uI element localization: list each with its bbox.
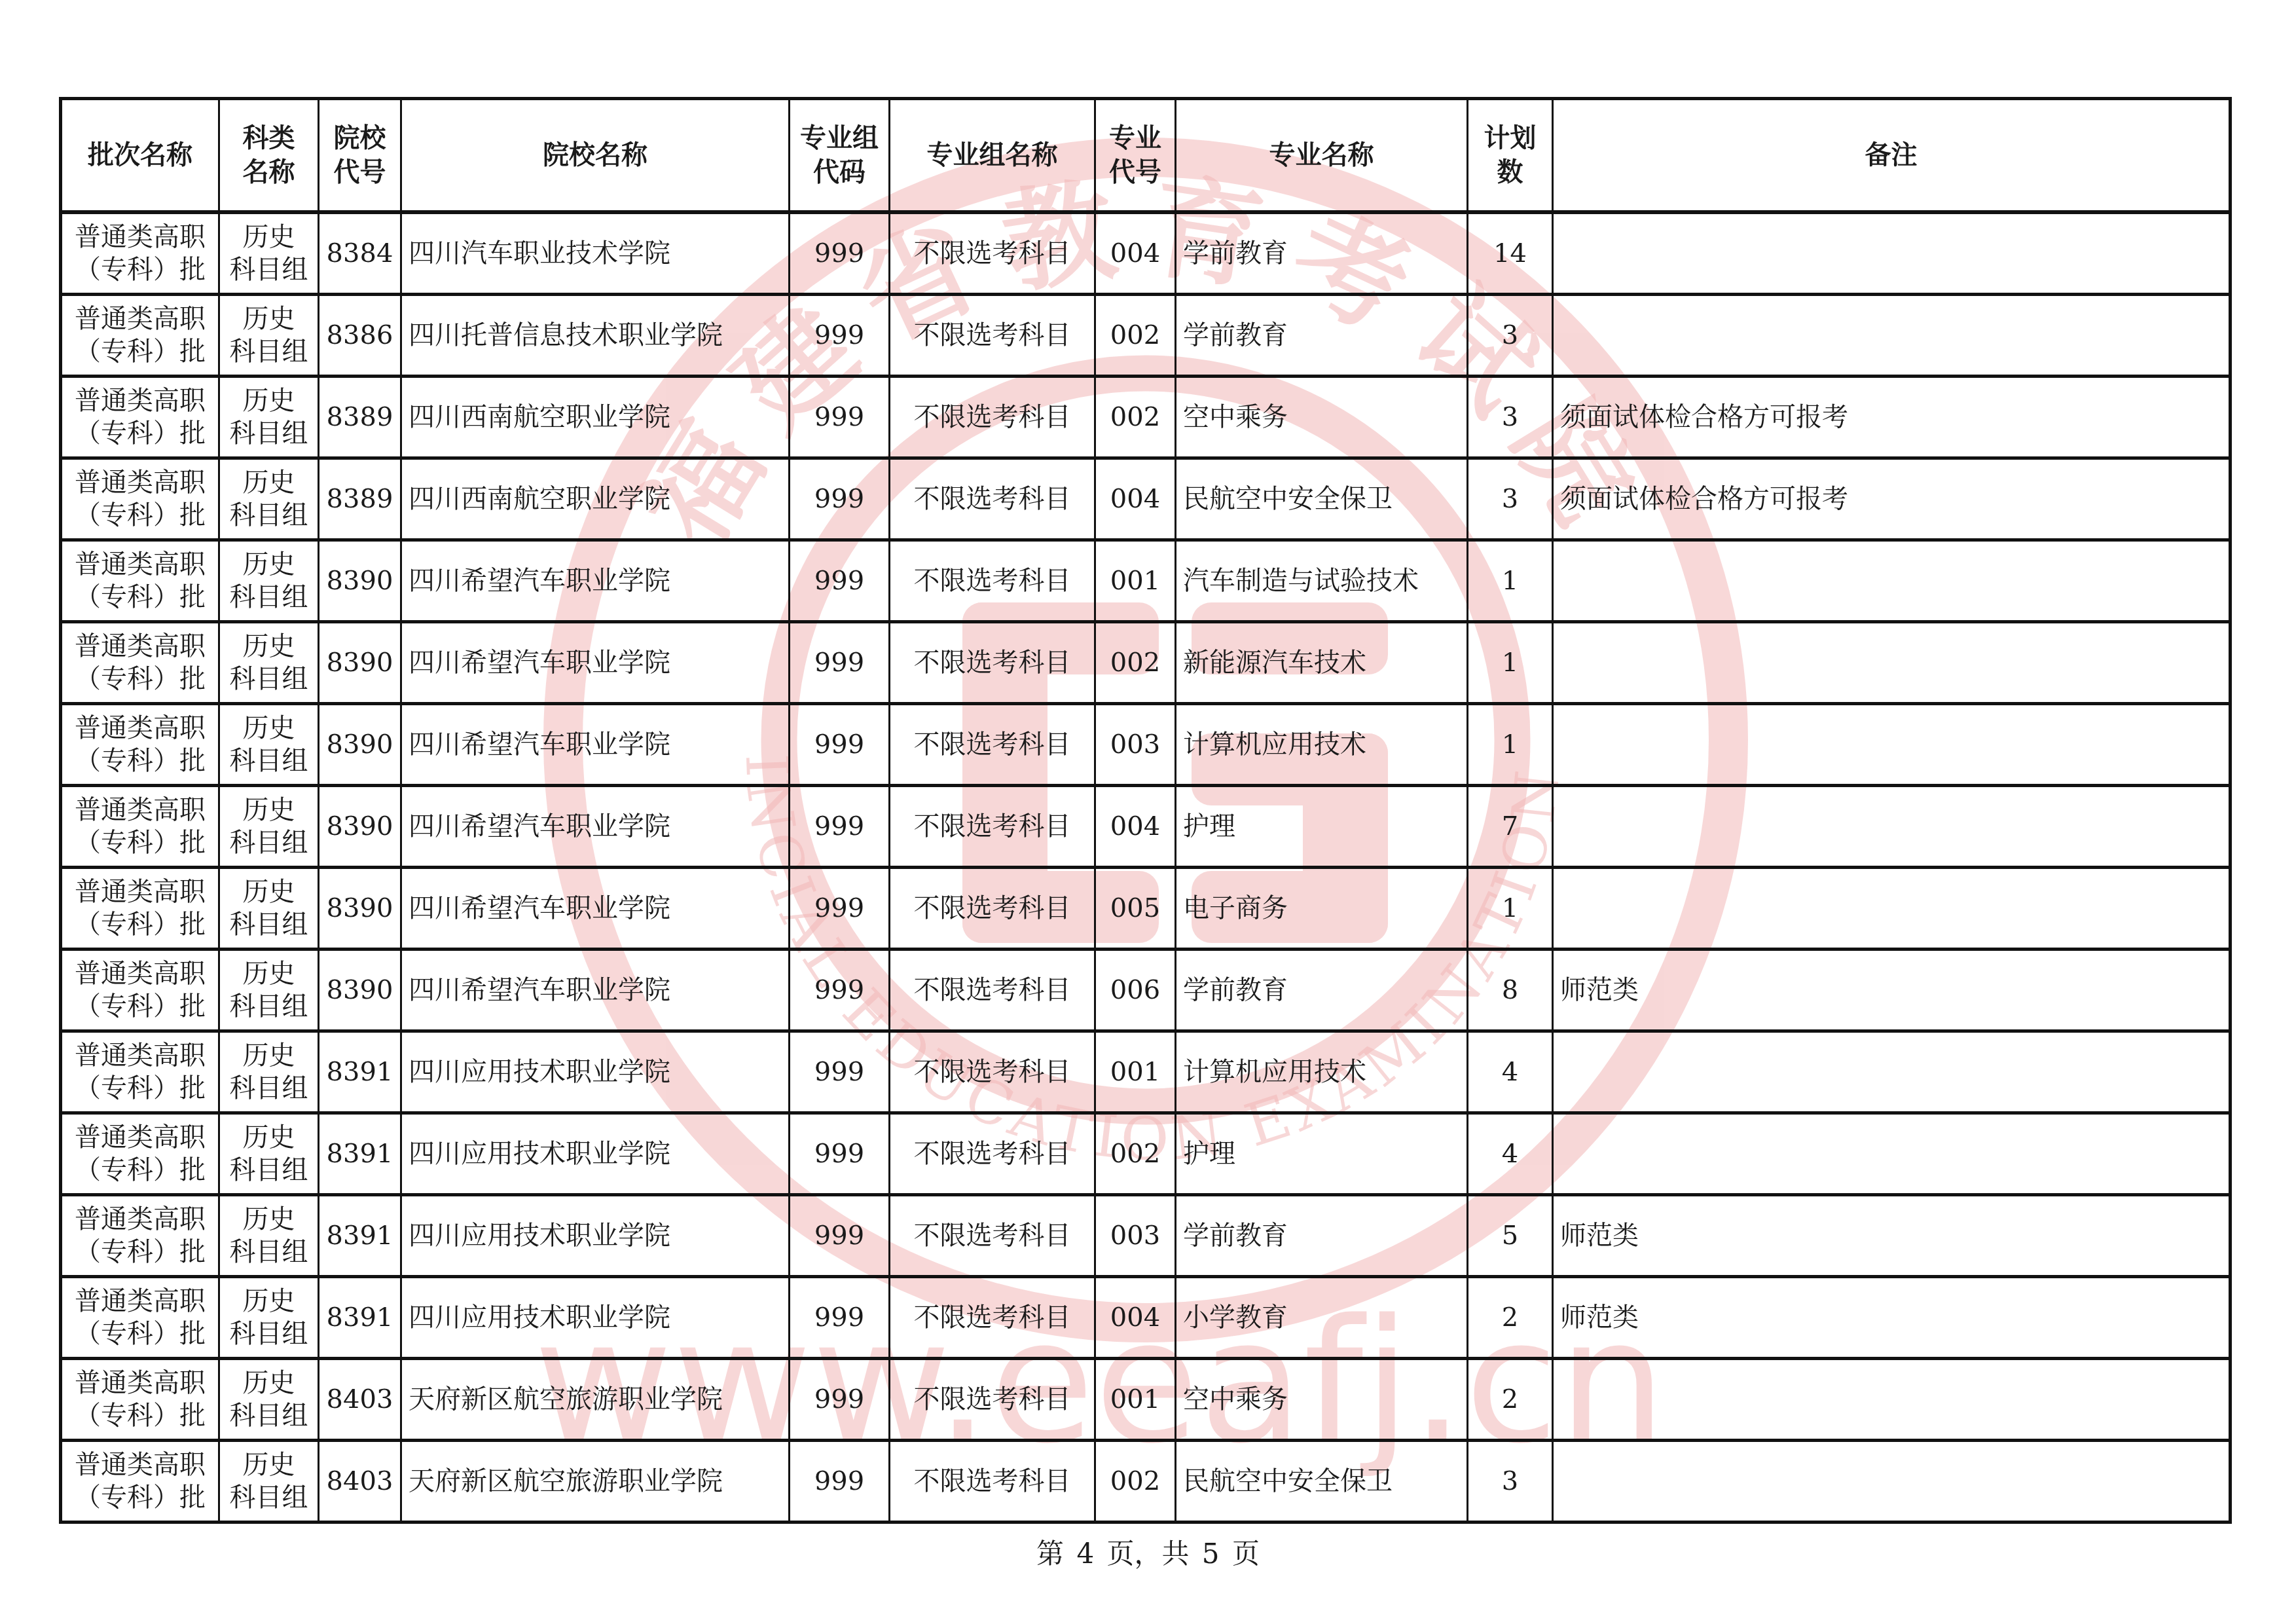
column-header-plan: 计划数 (1468, 99, 1553, 213)
table-row: 普通类高职（专科）批历史科目组8390四川希望汽车职业学院999不限选考科目00… (61, 540, 2231, 622)
cell-subject-type: 历史科目组 (219, 868, 319, 950)
cell-subject-type: 历史科目组 (219, 1031, 319, 1113)
column-header-text: 专业组名称 (890, 138, 1094, 172)
cell-text-line: 普通类高职 (62, 1285, 218, 1318)
cell-major-name: 电子商务 (1176, 868, 1468, 950)
cell-text-line: （专科）批 (62, 1481, 218, 1514)
cell-plan: 1 (1468, 622, 1553, 704)
cell-text-line: 科目组 (220, 335, 318, 368)
column-header-major-code: 专业代号 (1095, 99, 1176, 213)
cell-subject-type: 历史科目组 (219, 786, 319, 868)
cell-remark (1553, 212, 2231, 295)
cell-batch: 普通类高职（专科）批 (61, 295, 219, 377)
cell-major-code: 002 (1095, 1441, 1176, 1522)
cell-text-line: 科目组 (220, 663, 318, 695)
column-header-subject-type: 科类名称 (219, 99, 319, 213)
cell-school-code: 8391 (319, 1113, 401, 1195)
cell-text-line: 历史 (220, 548, 318, 581)
cell-major-code: 005 (1095, 868, 1176, 950)
cell-remark (1553, 1359, 2231, 1441)
cell-school-name: 天府新区航空旅游职业学院 (401, 1359, 790, 1441)
cell-batch: 普通类高职（专科）批 (61, 704, 219, 786)
cell-group-code: 999 (790, 377, 890, 458)
cell-text-line: 历史 (220, 957, 318, 990)
cell-text-line: （专科）批 (62, 335, 218, 368)
cell-subject-type: 历史科目组 (219, 950, 319, 1031)
cell-plan: 8 (1468, 950, 1553, 1031)
cell-text-line: 科目组 (220, 581, 318, 614)
cell-group-code: 999 (790, 212, 890, 295)
cell-plan: 1 (1468, 868, 1553, 950)
cell-subject-type: 历史科目组 (219, 377, 319, 458)
cell-remark (1553, 540, 2231, 622)
cell-batch: 普通类高职（专科）批 (61, 786, 219, 868)
cell-major-code: 002 (1095, 622, 1176, 704)
cell-batch: 普通类高职（专科）批 (61, 212, 219, 295)
cell-school-code: 8390 (319, 786, 401, 868)
cell-group-code: 999 (790, 1359, 890, 1441)
cell-major-code: 004 (1095, 458, 1176, 540)
cell-batch: 普通类高职（专科）批 (61, 1113, 219, 1195)
column-header-text: 专业 (1096, 121, 1175, 155)
table-header-row: 批次名称科类名称院校代号院校名称专业组代码专业组名称专业代号专业名称计划数备注 (61, 99, 2231, 213)
cell-plan: 4 (1468, 1113, 1553, 1195)
cell-remark (1553, 786, 2231, 868)
cell-text-line: 历史 (220, 221, 318, 253)
table-row: 普通类高职（专科）批历史科目组8391四川应用技术职业学院999不限选考科目00… (61, 1277, 2231, 1359)
cell-batch: 普通类高职（专科）批 (61, 1277, 219, 1359)
cell-remark: 师范类 (1553, 950, 2231, 1031)
cell-school-code: 8390 (319, 950, 401, 1031)
cell-subject-type: 历史科目组 (219, 295, 319, 377)
cell-remark: 须面试体检合格方可报考 (1553, 458, 2231, 540)
cell-text-line: 科目组 (220, 1399, 318, 1432)
cell-major-name: 学前教育 (1176, 295, 1468, 377)
table-row: 普通类高职（专科）批历史科目组8391四川应用技术职业学院999不限选考科目00… (61, 1195, 2231, 1277)
cell-text-line: （专科）批 (62, 499, 218, 532)
cell-text-line: （专科）批 (62, 745, 218, 777)
cell-subject-type: 历史科目组 (219, 1359, 319, 1441)
cell-batch: 普通类高职（专科）批 (61, 1031, 219, 1113)
cell-subject-type: 历史科目组 (219, 1195, 319, 1277)
cell-plan: 1 (1468, 540, 1553, 622)
cell-group-name: 不限选考科目 (890, 212, 1095, 295)
cell-text-line: （专科）批 (62, 1399, 218, 1432)
cell-group-name: 不限选考科目 (890, 786, 1095, 868)
table-row: 普通类高职（专科）批历史科目组8403天府新区航空旅游职业学院999不限选考科目… (61, 1441, 2231, 1522)
cell-major-name: 计算机应用技术 (1176, 1031, 1468, 1113)
cell-group-code: 999 (790, 704, 890, 786)
cell-text-line: 科目组 (220, 417, 318, 450)
cell-major-name: 学前教育 (1176, 1195, 1468, 1277)
cell-text-line: 科目组 (220, 1318, 318, 1350)
cell-subject-type: 历史科目组 (219, 704, 319, 786)
cell-school-name: 天府新区航空旅游职业学院 (401, 1441, 790, 1522)
column-header-text: 专业名称 (1176, 138, 1467, 172)
cell-text-line: 科目组 (220, 253, 318, 286)
cell-group-code: 999 (790, 1277, 890, 1359)
cell-group-code: 999 (790, 1113, 890, 1195)
cell-text-line: 历史 (220, 1367, 318, 1399)
cell-remark (1553, 622, 2231, 704)
cell-text-line: 科目组 (220, 499, 318, 532)
cell-school-code: 8390 (319, 704, 401, 786)
cell-remark: 师范类 (1553, 1195, 2231, 1277)
cell-major-code: 001 (1095, 540, 1176, 622)
cell-major-code: 002 (1095, 295, 1176, 377)
cell-text-line: 历史 (220, 303, 318, 335)
cell-school-name: 四川西南航空职业学院 (401, 377, 790, 458)
cell-text-line: 科目组 (220, 908, 318, 941)
page-footer: 第 4 页，共 5 页 (0, 1532, 2296, 1572)
cell-text-line: 普通类高职 (62, 1203, 218, 1236)
cell-major-name: 空中乘务 (1176, 377, 1468, 458)
cell-major-name: 护理 (1176, 786, 1468, 868)
cell-batch: 普通类高职（专科）批 (61, 458, 219, 540)
cell-group-code: 999 (790, 868, 890, 950)
column-header-text: 科类 (220, 121, 318, 155)
column-header-text: 专业组 (790, 121, 888, 155)
cell-school-name: 四川托普信息技术职业学院 (401, 295, 790, 377)
cell-major-code: 006 (1095, 950, 1176, 1031)
table-body: 普通类高职（专科）批历史科目组8384四川汽车职业技术学院999不限选考科目00… (61, 212, 2231, 1522)
cell-major-code: 003 (1095, 704, 1176, 786)
cell-remark (1553, 704, 2231, 786)
cell-group-name: 不限选考科目 (890, 458, 1095, 540)
cell-text-line: （专科）批 (62, 826, 218, 859)
cell-text-line: （专科）批 (62, 581, 218, 614)
column-header-text: 代码 (790, 155, 888, 189)
cell-plan: 14 (1468, 212, 1553, 295)
cell-group-code: 999 (790, 458, 890, 540)
cell-group-code: 999 (790, 786, 890, 868)
cell-text-line: （专科）批 (62, 908, 218, 941)
cell-plan: 4 (1468, 1031, 1553, 1113)
cell-major-name: 护理 (1176, 1113, 1468, 1195)
cell-batch: 普通类高职（专科）批 (61, 950, 219, 1031)
cell-school-code: 8403 (319, 1441, 401, 1522)
cell-remark (1553, 1441, 2231, 1522)
cell-subject-type: 历史科目组 (219, 1441, 319, 1522)
cell-school-name: 四川应用技术职业学院 (401, 1031, 790, 1113)
cell-major-code: 004 (1095, 1277, 1176, 1359)
cell-major-code: 002 (1095, 377, 1176, 458)
cell-group-name: 不限选考科目 (890, 950, 1095, 1031)
cell-text-line: 科目组 (220, 1236, 318, 1268)
cell-major-name: 学前教育 (1176, 212, 1468, 295)
cell-text-line: 普通类高职 (62, 876, 218, 908)
cell-text-line: 历史 (220, 712, 318, 745)
cell-major-name: 空中乘务 (1176, 1359, 1468, 1441)
cell-text-line: 历史 (220, 1121, 318, 1154)
cell-group-code: 999 (790, 622, 890, 704)
cell-text-line: 普通类高职 (62, 221, 218, 253)
cell-major-code: 001 (1095, 1359, 1176, 1441)
cell-school-code: 8391 (319, 1031, 401, 1113)
cell-batch: 普通类高职（专科）批 (61, 868, 219, 950)
cell-school-name: 四川希望汽车职业学院 (401, 950, 790, 1031)
cell-subject-type: 历史科目组 (219, 622, 319, 704)
cell-text-line: 科目组 (220, 1481, 318, 1514)
column-header-text: 数 (1468, 155, 1552, 189)
cell-group-code: 999 (790, 1441, 890, 1522)
cell-text-line: （专科）批 (62, 417, 218, 450)
cell-major-code: 002 (1095, 1113, 1176, 1195)
cell-school-name: 四川希望汽车职业学院 (401, 704, 790, 786)
column-header-school-name: 院校名称 (401, 99, 790, 213)
cell-group-name: 不限选考科目 (890, 1359, 1095, 1441)
column-header-text: 批次名称 (62, 138, 218, 172)
cell-remark: 须面试体检合格方可报考 (1553, 377, 2231, 458)
cell-major-name: 学前教育 (1176, 950, 1468, 1031)
cell-school-code: 8390 (319, 540, 401, 622)
cell-school-code: 8389 (319, 458, 401, 540)
table-row: 普通类高职（专科）批历史科目组8386四川托普信息技术职业学院999不限选考科目… (61, 295, 2231, 377)
cell-major-code: 003 (1095, 1195, 1176, 1277)
cell-text-line: 科目组 (220, 745, 318, 777)
cell-remark (1553, 868, 2231, 950)
column-header-batch: 批次名称 (61, 99, 219, 213)
enrollment-plan-table: 批次名称科类名称院校代号院校名称专业组代码专业组名称专业代号专业名称计划数备注 … (59, 97, 2232, 1524)
cell-plan: 1 (1468, 704, 1553, 786)
cell-school-name: 四川希望汽车职业学院 (401, 622, 790, 704)
cell-major-code: 004 (1095, 212, 1176, 295)
cell-text-line: 普通类高职 (62, 957, 218, 990)
cell-group-name: 不限选考科目 (890, 1113, 1095, 1195)
cell-text-line: （专科）批 (62, 1236, 218, 1268)
cell-major-name: 小学教育 (1176, 1277, 1468, 1359)
table-row: 普通类高职（专科）批历史科目组8390四川希望汽车职业学院999不限选考科目00… (61, 950, 2231, 1031)
table-row: 普通类高职（专科）批历史科目组8389四川西南航空职业学院999不限选考科目00… (61, 458, 2231, 540)
cell-text-line: 普通类高职 (62, 384, 218, 417)
cell-major-code: 001 (1095, 1031, 1176, 1113)
column-header-text: 院校名称 (402, 138, 788, 172)
cell-text-line: 历史 (220, 1039, 318, 1072)
cell-school-code: 8389 (319, 377, 401, 458)
cell-text-line: （专科）批 (62, 1154, 218, 1187)
cell-remark (1553, 295, 2231, 377)
cell-text-line: 科目组 (220, 1154, 318, 1187)
cell-group-name: 不限选考科目 (890, 1195, 1095, 1277)
cell-text-line: （专科）批 (62, 253, 218, 286)
cell-text-line: （专科）批 (62, 1072, 218, 1105)
table-row: 普通类高职（专科）批历史科目组8390四川希望汽车职业学院999不限选考科目00… (61, 704, 2231, 786)
table-row: 普通类高职（专科）批历史科目组8389四川西南航空职业学院999不限选考科目00… (61, 377, 2231, 458)
cell-school-code: 8386 (319, 295, 401, 377)
column-header-text: 代号 (319, 155, 400, 189)
cell-subject-type: 历史科目组 (219, 540, 319, 622)
cell-subject-type: 历史科目组 (219, 458, 319, 540)
column-header-group-name: 专业组名称 (890, 99, 1095, 213)
cell-text-line: 历史 (220, 1449, 318, 1481)
cell-text-line: 历史 (220, 1285, 318, 1318)
table-row: 普通类高职（专科）批历史科目组8391四川应用技术职业学院999不限选考科目00… (61, 1113, 2231, 1195)
cell-text-line: 普通类高职 (62, 1367, 218, 1399)
cell-school-code: 8391 (319, 1195, 401, 1277)
cell-plan: 3 (1468, 295, 1553, 377)
cell-batch: 普通类高职（专科）批 (61, 1359, 219, 1441)
column-header-text: 院校 (319, 121, 400, 155)
cell-group-code: 999 (790, 540, 890, 622)
cell-group-name: 不限选考科目 (890, 1031, 1095, 1113)
table-row: 普通类高职（专科）批历史科目组8384四川汽车职业技术学院999不限选考科目00… (61, 212, 2231, 295)
cell-batch: 普通类高职（专科）批 (61, 377, 219, 458)
cell-text-line: 普通类高职 (62, 466, 218, 499)
table-row: 普通类高职（专科）批历史科目组8391四川应用技术职业学院999不限选考科目00… (61, 1031, 2231, 1113)
cell-text-line: 科目组 (220, 1072, 318, 1105)
cell-group-name: 不限选考科目 (890, 1277, 1095, 1359)
cell-group-name: 不限选考科目 (890, 622, 1095, 704)
cell-text-line: 普通类高职 (62, 548, 218, 581)
cell-subject-type: 历史科目组 (219, 212, 319, 295)
column-header-text: 名称 (220, 155, 318, 189)
cell-major-name: 民航空中安全保卫 (1176, 1441, 1468, 1522)
cell-group-code: 999 (790, 950, 890, 1031)
cell-text-line: 普通类高职 (62, 712, 218, 745)
cell-text-line: 历史 (220, 876, 318, 908)
cell-group-name: 不限选考科目 (890, 1441, 1095, 1522)
cell-plan: 7 (1468, 786, 1553, 868)
cell-remark (1553, 1113, 2231, 1195)
cell-group-code: 999 (790, 295, 890, 377)
cell-text-line: （专科）批 (62, 1318, 218, 1350)
cell-group-name: 不限选考科目 (890, 540, 1095, 622)
cell-text-line: 普通类高职 (62, 303, 218, 335)
column-header-school-code: 院校代号 (319, 99, 401, 213)
cell-group-name: 不限选考科目 (890, 868, 1095, 950)
cell-school-code: 8390 (319, 868, 401, 950)
cell-school-name: 四川汽车职业技术学院 (401, 212, 790, 295)
cell-plan: 3 (1468, 1441, 1553, 1522)
cell-text-line: 历史 (220, 794, 318, 826)
cell-text-line: 历史 (220, 1203, 318, 1236)
cell-group-name: 不限选考科目 (890, 704, 1095, 786)
cell-school-name: 四川应用技术职业学院 (401, 1195, 790, 1277)
cell-group-name: 不限选考科目 (890, 377, 1095, 458)
cell-text-line: 历史 (220, 384, 318, 417)
cell-group-code: 999 (790, 1195, 890, 1277)
cell-major-name: 民航空中安全保卫 (1176, 458, 1468, 540)
cell-batch: 普通类高职（专科）批 (61, 1441, 219, 1522)
cell-batch: 普通类高职（专科）批 (61, 1195, 219, 1277)
cell-remark (1553, 1031, 2231, 1113)
cell-plan: 3 (1468, 377, 1553, 458)
cell-school-code: 8403 (319, 1359, 401, 1441)
table-row: 普通类高职（专科）批历史科目组8390四川希望汽车职业学院999不限选考科目00… (61, 786, 2231, 868)
table-row: 普通类高职（专科）批历史科目组8390四川希望汽车职业学院999不限选考科目00… (61, 868, 2231, 950)
cell-school-code: 8391 (319, 1277, 401, 1359)
cell-text-line: 科目组 (220, 826, 318, 859)
cell-subject-type: 历史科目组 (219, 1277, 319, 1359)
cell-major-name: 新能源汽车技术 (1176, 622, 1468, 704)
cell-school-code: 8390 (319, 622, 401, 704)
table-row: 普通类高职（专科）批历史科目组8390四川希望汽车职业学院999不限选考科目00… (61, 622, 2231, 704)
cell-text-line: 历史 (220, 466, 318, 499)
cell-plan: 3 (1468, 458, 1553, 540)
cell-text-line: （专科）批 (62, 990, 218, 1023)
cell-group-code: 999 (790, 1031, 890, 1113)
cell-text-line: 普通类高职 (62, 1121, 218, 1154)
column-header-text: 计划 (1468, 121, 1552, 155)
cell-batch: 普通类高职（专科）批 (61, 540, 219, 622)
cell-school-name: 四川应用技术职业学院 (401, 1277, 790, 1359)
cell-remark: 师范类 (1553, 1277, 2231, 1359)
cell-major-name: 计算机应用技术 (1176, 704, 1468, 786)
column-header-group-code: 专业组代码 (790, 99, 890, 213)
cell-plan: 2 (1468, 1277, 1553, 1359)
cell-text-line: 科目组 (220, 990, 318, 1023)
cell-plan: 5 (1468, 1195, 1553, 1277)
cell-school-name: 四川希望汽车职业学院 (401, 540, 790, 622)
cell-text-line: 历史 (220, 630, 318, 663)
cell-group-name: 不限选考科目 (890, 295, 1095, 377)
cell-text-line: （专科）批 (62, 663, 218, 695)
cell-school-code: 8384 (319, 212, 401, 295)
cell-major-code: 004 (1095, 786, 1176, 868)
cell-school-name: 四川应用技术职业学院 (401, 1113, 790, 1195)
column-header-remark: 备注 (1553, 99, 2231, 213)
cell-batch: 普通类高职（专科）批 (61, 622, 219, 704)
cell-text-line: 普通类高职 (62, 794, 218, 826)
cell-school-name: 四川希望汽车职业学院 (401, 786, 790, 868)
column-header-text: 代号 (1096, 155, 1175, 189)
cell-school-name: 四川西南航空职业学院 (401, 458, 790, 540)
cell-major-name: 汽车制造与试验技术 (1176, 540, 1468, 622)
column-header-text: 备注 (1554, 138, 2229, 172)
cell-subject-type: 历史科目组 (219, 1113, 319, 1195)
cell-text-line: 普通类高职 (62, 630, 218, 663)
cell-school-name: 四川希望汽车职业学院 (401, 868, 790, 950)
table-row: 普通类高职（专科）批历史科目组8403天府新区航空旅游职业学院999不限选考科目… (61, 1359, 2231, 1441)
cell-plan: 2 (1468, 1359, 1553, 1441)
cell-text-line: 普通类高职 (62, 1449, 218, 1481)
cell-text-line: 普通类高职 (62, 1039, 218, 1072)
column-header-major-name: 专业名称 (1176, 99, 1468, 213)
